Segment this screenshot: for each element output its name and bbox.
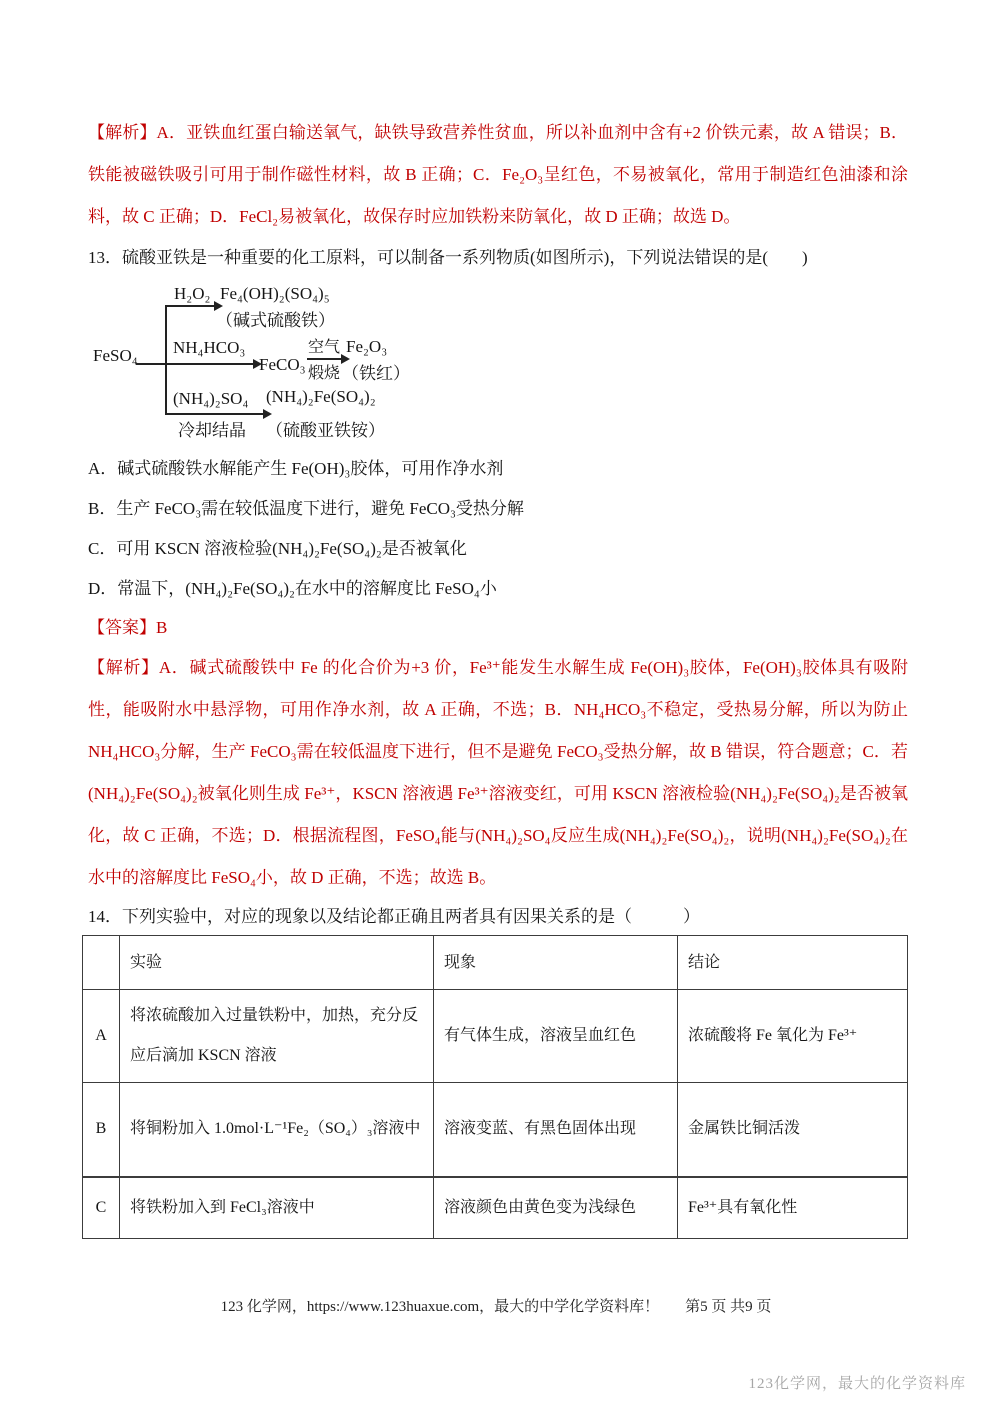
row-letter: A	[83, 990, 120, 1083]
row-phenomenon: 有气体生成，溶液呈血红色	[434, 990, 678, 1083]
watermark-text: 123化学网，最大的化学资料库	[748, 1372, 966, 1393]
diagram-mid-reagent: NH₄HCO₃	[173, 338, 245, 358]
analysis-label: 【解析】	[88, 123, 157, 142]
table-row: B 将铜粉加入 1.0mol·L⁻¹Fe₂（SO₄）₃溶液中 溶液变蓝、有黑色固…	[83, 1083, 908, 1177]
question-13-options: A．碱式硫酸铁水解能产生 Fe(OH)₃胶体，可用作净水剂 B．生产 FeCO₃…	[88, 449, 908, 609]
diagram-top-product: Fe₄(OH)₂(SO₄)₅	[220, 284, 330, 304]
experiment-table: 实验 现象 结论 A 将浓硫酸加入过量铁粉中，加热，充分反应后滴加 KSCN 溶…	[82, 935, 908, 1239]
diagram-top-arrow	[165, 305, 214, 307]
diagram-top-reagent: H₂O₂	[174, 284, 210, 304]
diagram-branch-line	[165, 305, 167, 415]
exam-page: 【解析】A．亚铁血红蛋白输送氧气，缺铁导致营养性贫血，所以补血剂中含有+2 价铁…	[0, 0, 992, 1403]
row-phenomenon: 溶液变蓝、有黑色固体出现	[434, 1083, 678, 1177]
table-row: A 将浓硫酸加入过量铁粉中，加热，充分反应后滴加 KSCN 溶液 有气体生成，溶…	[83, 990, 908, 1083]
option-d: D．常温下，(NH₄)₂Fe(SO₄)₂在水中的溶解度比 FeSO₄小	[88, 569, 908, 609]
option-b: B．生产 FeCO₃需在较低温度下进行，避免 FeCO₃受热分解	[88, 489, 908, 529]
analysis-text: A．碱式硫酸铁中 Fe 的化合价为+3 价，Fe³⁺能发生水解生成 Fe(OH)…	[88, 658, 908, 887]
analysis-paragraph-q12: 【解析】A．亚铁血红蛋白输送氧气，缺铁导致营养性贫血，所以补血剂中含有+2 价铁…	[88, 112, 908, 238]
diagram-start-feso4: FeSO₄	[93, 346, 138, 366]
diagram-mid-arrow2	[307, 358, 341, 360]
question-13-stem: 13．硫酸亚铁是一种重要的化工原料，可以制备一系列物质(如图所示)，下列说法错误…	[88, 244, 908, 272]
footer-site-text: 123 化学网，https://www.123huaxue.com，最大的中学化…	[221, 1299, 660, 1315]
question-14-stem: 14．下列实验中，对应的现象以及结论都正确且两者具有因果关系的是（ ）	[88, 903, 908, 931]
analysis-text: A．亚铁血红蛋白输送氧气，缺铁导致营养性贫血，所以补血剂中含有+2 价铁元素，故…	[88, 123, 908, 226]
analysis-paragraph-q13: 【解析】A．碱式硫酸铁中 Fe 的化合价为+3 价，Fe³⁺能发生水解生成 Fe…	[88, 647, 908, 899]
answer-label: 【答案】	[88, 618, 156, 637]
page-footer: 123 化学网，https://www.123huaxue.com，最大的中学化…	[0, 1295, 992, 1316]
diagram-mid-arrow	[136, 363, 253, 365]
diagram-mid-product2-note: （铁红）	[342, 364, 410, 384]
diagram-mid-condition-below: 煅烧	[308, 364, 340, 384]
diagram-bottom-product-note: （硫酸亚铁铵）	[266, 421, 385, 441]
footer-page-number: 第5 页 共9 页	[685, 1299, 771, 1315]
diagram-top-product-note: （碱式硫酸铁）	[216, 311, 335, 331]
row-phenomenon: 溶液颜色由黄色变为浅绿色	[434, 1177, 678, 1239]
header-experiment: 实验	[120, 936, 434, 990]
option-c: C．可用 KSCN 溶液检验(NH₄)₂Fe(SO₄)₂是否被氧化	[88, 529, 908, 569]
row-experiment: 将铜粉加入 1.0mol·L⁻¹Fe₂（SO₄）₃溶液中	[120, 1083, 434, 1177]
row-conclusion: 金属铁比铜活泼	[678, 1083, 908, 1177]
diagram-bottom-arrow	[165, 413, 263, 415]
analysis-label: 【解析】	[88, 658, 159, 677]
table-header-row: 实验 现象 结论	[83, 936, 908, 990]
diagram-mid-product2: Fe₂O₃	[346, 337, 387, 357]
diagram-mid-condition-above: 空气	[308, 338, 340, 358]
header-phenomenon: 现象	[434, 936, 678, 990]
page-content: 【解析】A．亚铁血红蛋白输送氧气，缺铁导致营养性贫血，所以补血剂中含有+2 价铁…	[0, 0, 992, 1239]
row-conclusion: 浓硫酸将 Fe 氧化为 Fe³⁺	[678, 990, 908, 1083]
header-conclusion: 结论	[678, 936, 908, 990]
row-experiment: 将浓硫酸加入过量铁粉中，加热，充分反应后滴加 KSCN 溶液	[120, 990, 434, 1083]
row-letter: B	[83, 1083, 120, 1177]
option-a: A．碱式硫酸铁水解能产生 Fe(OH)₃胶体，可用作净水剂	[88, 449, 908, 489]
row-letter: C	[83, 1177, 120, 1239]
table-row: C 将铁粉加入到 FeCl₃溶液中 溶液颜色由黄色变为浅绿色 Fe³⁺具有氧化性	[83, 1177, 908, 1239]
diagram-bottom-product: (NH₄)₂Fe(SO₄)₂	[266, 387, 376, 407]
diagram-bottom-condition: 冷却结晶	[178, 421, 246, 441]
header-blank	[83, 936, 120, 990]
row-conclusion: Fe³⁺具有氧化性	[678, 1177, 908, 1239]
diagram-bottom-reagent: (NH₄)₂SO₄	[173, 389, 248, 409]
diagram-mid-product1: FeCO₃	[259, 355, 306, 375]
flow-diagram: FeSO₄ H₂O₂ Fe₄(OH)₂(SO₄)₅ （碱式硫酸铁） NH₄HCO…	[88, 282, 568, 447]
answer-value: B	[156, 618, 167, 637]
answer-line: 【答案】B	[88, 609, 908, 647]
row-experiment: 将铁粉加入到 FeCl₃溶液中	[120, 1177, 434, 1239]
